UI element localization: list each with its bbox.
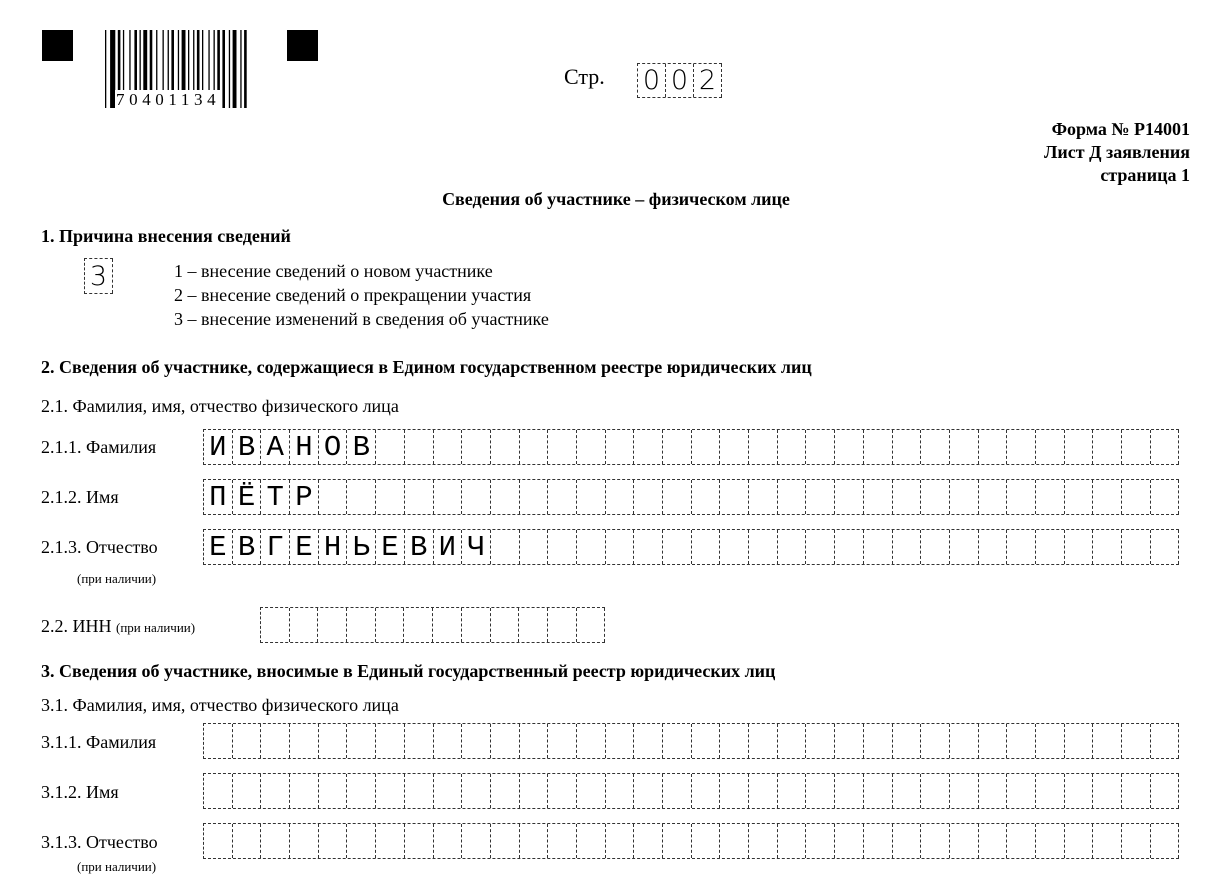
char-cell[interactable] — [261, 608, 290, 642]
char-cell[interactable] — [434, 430, 463, 464]
char-cell[interactable] — [1007, 530, 1036, 564]
char-cell[interactable] — [290, 724, 319, 758]
char-cell[interactable] — [1036, 774, 1065, 808]
char-cell[interactable]: П — [204, 480, 233, 514]
char-cell[interactable] — [319, 824, 348, 858]
char-cell[interactable] — [290, 608, 319, 642]
char-cell[interactable] — [491, 530, 520, 564]
char-cell[interactable] — [921, 774, 950, 808]
char-cell[interactable] — [1007, 724, 1036, 758]
char-cell[interactable] — [692, 824, 721, 858]
char-cell[interactable] — [204, 724, 233, 758]
char-cell[interactable] — [577, 824, 606, 858]
char-cell[interactable] — [347, 608, 376, 642]
char-cell[interactable] — [634, 824, 663, 858]
char-cell[interactable] — [606, 824, 635, 858]
char-cell[interactable] — [376, 608, 405, 642]
char-cell[interactable] — [634, 774, 663, 808]
s2-name-field[interactable]: ПЁТР — [203, 479, 1179, 515]
char-cell[interactable] — [778, 824, 807, 858]
char-cell[interactable] — [405, 480, 434, 514]
char-cell[interactable] — [434, 724, 463, 758]
char-cell[interactable] — [749, 824, 778, 858]
char-cell[interactable] — [1036, 824, 1065, 858]
barcode-number: 70401134 — [115, 90, 221, 110]
char-cell[interactable]: И — [434, 530, 463, 564]
char-cell[interactable] — [893, 530, 922, 564]
char-cell[interactable] — [921, 530, 950, 564]
reason-option-3: 3 – внесение изменений в сведения об уча… — [174, 307, 549, 331]
char-cell[interactable] — [893, 824, 922, 858]
char-cell[interactable] — [979, 480, 1008, 514]
section3-sub: 3.1. Фамилия, имя, отчество физического … — [41, 695, 399, 716]
char-cell[interactable] — [462, 724, 491, 758]
char-cell[interactable] — [405, 430, 434, 464]
char-cell[interactable] — [1093, 480, 1122, 514]
char-cell[interactable] — [979, 724, 1008, 758]
char-cell[interactable] — [864, 530, 893, 564]
char-cell[interactable] — [864, 430, 893, 464]
char-cell[interactable] — [835, 530, 864, 564]
char-cell[interactable] — [1122, 530, 1151, 564]
char-cell[interactable]: Г — [261, 530, 290, 564]
page-title: Сведения об участнике – физическом лице — [0, 189, 1208, 210]
barcode: 70401134 — [105, 30, 265, 110]
char-cell[interactable] — [577, 608, 606, 642]
char-cell[interactable] — [749, 774, 778, 808]
char-cell[interactable] — [720, 480, 749, 514]
char-cell[interactable] — [405, 724, 434, 758]
char-cell[interactable] — [1036, 530, 1065, 564]
char-cell[interactable] — [1122, 824, 1151, 858]
char-cell[interactable] — [806, 724, 835, 758]
char-cell[interactable] — [749, 480, 778, 514]
char-cell[interactable] — [778, 774, 807, 808]
char-cell[interactable] — [950, 824, 979, 858]
s2-inn-label-wrap: 2.2. ИНН (при наличии) — [41, 616, 195, 637]
char-cell[interactable] — [950, 530, 979, 564]
char-cell[interactable]: Ь — [347, 530, 376, 564]
char-cell[interactable] — [720, 774, 749, 808]
char-cell[interactable] — [491, 480, 520, 514]
char-cell[interactable] — [491, 774, 520, 808]
char-cell[interactable] — [921, 724, 950, 758]
char-cell[interactable] — [491, 824, 520, 858]
char-cell[interactable] — [233, 824, 262, 858]
sheet-page: страница 1 — [1044, 164, 1190, 187]
char-cell[interactable]: Н — [319, 530, 348, 564]
char-cell[interactable] — [319, 724, 348, 758]
char-cell[interactable]: 0 — [666, 64, 694, 97]
char-cell[interactable] — [634, 530, 663, 564]
s2-inn-label: 2.2. ИНН — [41, 616, 112, 636]
char-cell[interactable] — [1122, 480, 1151, 514]
char-cell[interactable]: И — [204, 430, 233, 464]
char-cell[interactable] — [979, 824, 1008, 858]
char-cell[interactable] — [434, 774, 463, 808]
s2-surname-label: 2.1.1. Фамилия — [41, 437, 156, 458]
s3-name-field[interactable] — [203, 773, 1179, 809]
char-cell[interactable] — [1093, 724, 1122, 758]
char-cell[interactable]: Ё — [233, 480, 262, 514]
char-cell[interactable] — [893, 480, 922, 514]
char-cell[interactable]: В — [233, 530, 262, 564]
char-cell[interactable] — [950, 480, 979, 514]
section3-heading: 3. Сведения об участнике, вносимые в Еди… — [41, 661, 775, 682]
char-cell[interactable] — [1151, 480, 1180, 514]
char-cell[interactable] — [720, 530, 749, 564]
char-cell[interactable] — [1151, 724, 1180, 758]
char-cell[interactable] — [606, 480, 635, 514]
char-cell[interactable] — [720, 430, 749, 464]
s2-surname-field[interactable]: ИВАНОВ — [203, 429, 1179, 465]
char-cell[interactable] — [577, 724, 606, 758]
char-cell[interactable] — [1151, 824, 1180, 858]
char-cell[interactable]: Ч — [462, 530, 491, 564]
char-cell[interactable] — [462, 480, 491, 514]
char-cell[interactable] — [1122, 774, 1151, 808]
char-cell[interactable] — [1065, 430, 1094, 464]
char-cell[interactable] — [520, 480, 549, 514]
char-cell[interactable] — [520, 430, 549, 464]
char-cell[interactable] — [979, 430, 1008, 464]
char-cell[interactable] — [261, 724, 290, 758]
char-cell[interactable] — [376, 774, 405, 808]
char-cell[interactable] — [979, 774, 1008, 808]
char-cell[interactable] — [462, 824, 491, 858]
form-header: Форма № Р14001 Лист Д заявления страница… — [1044, 118, 1190, 187]
form-number: Форма № Р14001 — [1044, 118, 1190, 141]
char-cell[interactable] — [1007, 774, 1036, 808]
char-cell[interactable] — [663, 430, 692, 464]
char-cell[interactable] — [1065, 724, 1094, 758]
char-cell[interactable] — [606, 724, 635, 758]
char-cell[interactable]: 0 — [638, 64, 666, 97]
char-cell[interactable] — [663, 480, 692, 514]
char-cell[interactable] — [376, 824, 405, 858]
char-cell[interactable] — [462, 430, 491, 464]
s3-patronymic-label: 3.1.3. Отчество — [41, 832, 158, 853]
char-cell[interactable]: В — [347, 430, 376, 464]
char-cell[interactable] — [261, 774, 290, 808]
char-cell[interactable] — [806, 824, 835, 858]
char-cell[interactable] — [950, 774, 979, 808]
char-cell[interactable] — [347, 824, 376, 858]
char-cell[interactable] — [606, 774, 635, 808]
char-cell[interactable] — [520, 530, 549, 564]
char-cell[interactable] — [749, 430, 778, 464]
char-cell[interactable] — [577, 774, 606, 808]
char-cell[interactable] — [692, 724, 721, 758]
char-cell[interactable] — [1065, 824, 1094, 858]
char-cell[interactable] — [1151, 530, 1180, 564]
char-cell[interactable] — [405, 824, 434, 858]
char-cell[interactable]: Е — [376, 530, 405, 564]
char-cell[interactable] — [893, 724, 922, 758]
page-label: Стр. — [564, 64, 605, 90]
char-cell[interactable] — [233, 724, 262, 758]
char-cell[interactable] — [692, 530, 721, 564]
s2-name-label: 2.1.2. Имя — [41, 487, 119, 508]
char-cell[interactable] — [663, 824, 692, 858]
char-cell[interactable] — [548, 608, 577, 642]
s2-patronymic-field[interactable]: ЕВГЕНЬЕВИЧ — [203, 529, 1179, 565]
char-cell[interactable] — [1036, 480, 1065, 514]
char-cell[interactable] — [835, 824, 864, 858]
char-cell[interactable] — [519, 608, 548, 642]
char-cell[interactable] — [692, 430, 721, 464]
s3-name-label: 3.1.2. Имя — [41, 782, 119, 803]
char-cell[interactable] — [606, 430, 635, 464]
s2-inn-field[interactable] — [260, 607, 605, 643]
char-cell[interactable]: Е — [204, 530, 233, 564]
char-cell[interactable] — [864, 774, 893, 808]
char-cell[interactable] — [318, 608, 347, 642]
char-cell[interactable] — [1093, 824, 1122, 858]
s3-patronymic-field[interactable] — [203, 823, 1179, 859]
reason-code-field[interactable]: 3 — [84, 258, 113, 294]
char-cell[interactable] — [950, 724, 979, 758]
char-cell[interactable] — [778, 724, 807, 758]
s3-surname-label: 3.1.1. Фамилия — [41, 732, 156, 753]
char-cell[interactable] — [634, 724, 663, 758]
char-cell[interactable] — [261, 824, 290, 858]
char-cell[interactable] — [376, 480, 405, 514]
char-cell[interactable] — [233, 774, 262, 808]
section2-sub: 2.1. Фамилия, имя, отчество физического … — [41, 396, 399, 417]
char-cell[interactable] — [577, 480, 606, 514]
char-cell[interactable] — [663, 774, 692, 808]
section2-heading: 2. Сведения об участнике, содержащиеся в… — [41, 357, 812, 378]
char-cell[interactable] — [491, 608, 520, 642]
s2-patronymic-note: (при наличии) — [77, 571, 156, 587]
s2-inn-note: (при наличии) — [116, 620, 195, 635]
char-cell[interactable] — [548, 824, 577, 858]
char-cell[interactable] — [520, 724, 549, 758]
char-cell[interactable] — [548, 530, 577, 564]
s3-surname-field[interactable] — [203, 723, 1179, 759]
page-number-field[interactable]: 002 — [637, 63, 722, 98]
char-cell[interactable] — [347, 774, 376, 808]
char-cell[interactable] — [347, 724, 376, 758]
s3-patronymic-note: (при наличии) — [77, 859, 156, 875]
char-cell[interactable] — [835, 774, 864, 808]
char-cell[interactable] — [548, 724, 577, 758]
char-cell[interactable] — [1151, 430, 1180, 464]
char-cell[interactable] — [893, 774, 922, 808]
char-cell[interactable] — [1007, 430, 1036, 464]
char-cell[interactable] — [921, 430, 950, 464]
char-cell[interactable] — [806, 480, 835, 514]
char-cell[interactable] — [434, 480, 463, 514]
char-cell[interactable]: А — [261, 430, 290, 464]
corner-marker-left — [42, 30, 73, 61]
char-cell[interactable] — [692, 774, 721, 808]
char-cell[interactable] — [290, 824, 319, 858]
sheet-name: Лист Д заявления — [1044, 141, 1190, 164]
reason-options: 1 – внесение сведений о новом участнике … — [174, 259, 549, 331]
char-cell[interactable] — [835, 430, 864, 464]
char-cell[interactable] — [204, 774, 233, 808]
char-cell[interactable]: В — [233, 430, 262, 464]
char-cell[interactable] — [1151, 774, 1180, 808]
corner-marker-right — [287, 30, 318, 61]
char-cell[interactable] — [491, 724, 520, 758]
char-cell[interactable] — [347, 480, 376, 514]
char-cell[interactable]: Т — [261, 480, 290, 514]
char-cell[interactable] — [577, 530, 606, 564]
char-cell[interactable] — [692, 480, 721, 514]
char-cell[interactable] — [1122, 724, 1151, 758]
char-cell[interactable]: Н — [290, 430, 319, 464]
char-cell[interactable] — [319, 774, 348, 808]
char-cell[interactable] — [290, 774, 319, 808]
char-cell[interactable]: 3 — [85, 259, 113, 293]
char-cell[interactable] — [433, 608, 462, 642]
char-cell[interactable] — [778, 530, 807, 564]
char-cell[interactable] — [548, 774, 577, 808]
char-cell[interactable] — [376, 430, 405, 464]
char-cell[interactable]: 2 — [694, 64, 722, 97]
char-cell[interactable] — [663, 724, 692, 758]
char-cell[interactable] — [577, 430, 606, 464]
reason-option-2: 2 – внесение сведений о прекращении учас… — [174, 283, 549, 307]
char-cell[interactable] — [864, 724, 893, 758]
char-cell[interactable] — [921, 480, 950, 514]
char-cell[interactable] — [749, 724, 778, 758]
char-cell[interactable] — [893, 430, 922, 464]
char-cell[interactable] — [835, 480, 864, 514]
char-cell[interactable] — [405, 774, 434, 808]
section1-heading: 1. Причина внесения сведений — [41, 226, 291, 247]
char-cell[interactable] — [462, 608, 491, 642]
char-cell[interactable] — [1065, 480, 1094, 514]
char-cell[interactable] — [921, 824, 950, 858]
char-cell[interactable] — [806, 774, 835, 808]
char-cell[interactable] — [434, 824, 463, 858]
char-cell[interactable] — [1007, 480, 1036, 514]
char-cell[interactable] — [491, 430, 520, 464]
char-cell[interactable] — [864, 480, 893, 514]
char-cell[interactable] — [548, 430, 577, 464]
char-cell[interactable]: О — [319, 430, 348, 464]
char-cell[interactable] — [1065, 774, 1094, 808]
char-cell[interactable]: Е — [290, 530, 319, 564]
char-cell[interactable] — [319, 480, 348, 514]
char-cell[interactable] — [606, 530, 635, 564]
char-cell[interactable] — [720, 824, 749, 858]
char-cell[interactable] — [663, 530, 692, 564]
reason-option-1: 1 – внесение сведений о новом участнике — [174, 259, 549, 283]
char-cell[interactable] — [1122, 430, 1151, 464]
char-cell[interactable] — [720, 724, 749, 758]
char-cell[interactable] — [548, 480, 577, 514]
s2-patronymic-label: 2.1.3. Отчество — [41, 537, 158, 558]
char-cell[interactable] — [778, 430, 807, 464]
char-cell[interactable] — [835, 724, 864, 758]
char-cell[interactable] — [806, 530, 835, 564]
char-cell[interactable] — [1036, 724, 1065, 758]
char-cell[interactable] — [404, 608, 433, 642]
char-cell[interactable] — [1093, 430, 1122, 464]
char-cell[interactable] — [1065, 530, 1094, 564]
char-cell[interactable] — [778, 480, 807, 514]
char-cell[interactable] — [520, 824, 549, 858]
char-cell[interactable] — [634, 480, 663, 514]
char-cell[interactable] — [1093, 774, 1122, 808]
char-cell[interactable] — [376, 724, 405, 758]
char-cell[interactable] — [979, 530, 1008, 564]
char-cell[interactable] — [1093, 530, 1122, 564]
char-cell[interactable] — [204, 824, 233, 858]
char-cell[interactable] — [864, 824, 893, 858]
char-cell[interactable] — [749, 530, 778, 564]
char-cell[interactable]: Р — [290, 480, 319, 514]
char-cell[interactable]: В — [405, 530, 434, 564]
char-cell[interactable] — [520, 774, 549, 808]
char-cell[interactable] — [634, 430, 663, 464]
char-cell[interactable] — [1007, 824, 1036, 858]
char-cell[interactable] — [806, 430, 835, 464]
char-cell[interactable] — [462, 774, 491, 808]
char-cell[interactable] — [950, 430, 979, 464]
char-cell[interactable] — [1036, 430, 1065, 464]
